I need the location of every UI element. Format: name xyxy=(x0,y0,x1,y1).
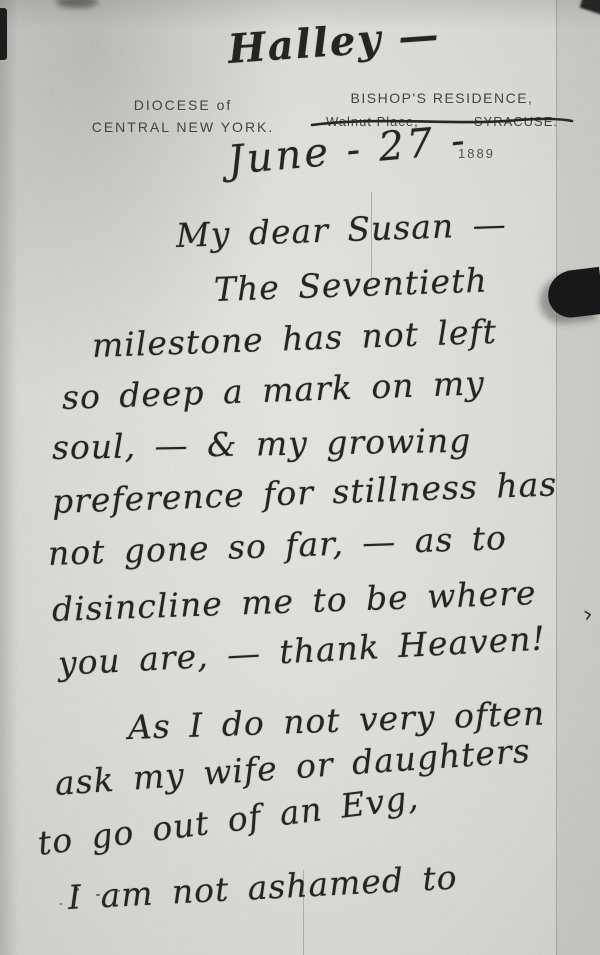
letter-line: milestone has not left xyxy=(91,312,497,365)
scan-artifact-left-bar xyxy=(0,8,7,60)
ink-speck xyxy=(60,903,62,905)
letter-line: The Seventieth xyxy=(213,260,488,309)
ink-speck xyxy=(118,890,120,892)
letter-line-salutation: My dear Susan — xyxy=(175,204,507,255)
handwritten-heading: Halley — xyxy=(226,11,441,73)
letterhead-residence-line: BISHOP'S RESIDENCE, xyxy=(322,88,562,108)
letter-line: you are, — thank Heaven! xyxy=(57,618,547,683)
scan-artifact-blob xyxy=(545,267,600,320)
paper-crease-upper xyxy=(371,192,372,284)
scan-artifact-top-smudge xyxy=(56,0,98,8)
ink-speck xyxy=(76,888,79,891)
letter-line: so deep a mark on my xyxy=(61,363,485,417)
paper-edge-crease xyxy=(556,0,600,955)
letter-line: I am not ashamed to xyxy=(67,858,458,917)
paper-crease-lower xyxy=(303,870,304,955)
letter-line: not gone so far, — as to xyxy=(47,518,507,573)
letterhead-diocese-line: DIOCESE of xyxy=(58,94,308,116)
printed-year: 1889 xyxy=(458,146,495,161)
ink-speck xyxy=(96,894,100,896)
letter-line: soul, — & my growing xyxy=(52,421,472,467)
scanned-letter-page: Halley — DIOCESE of CENTRAL NEW YORK. BI… xyxy=(0,0,600,955)
letter-line: preference for stillness has xyxy=(51,464,558,521)
letterhead-left-block: DIOCESE of CENTRAL NEW YORK. xyxy=(58,94,308,138)
letterhead-city: SYRACUSE. xyxy=(474,112,558,132)
letter-line: disincline me to be where xyxy=(51,573,537,629)
